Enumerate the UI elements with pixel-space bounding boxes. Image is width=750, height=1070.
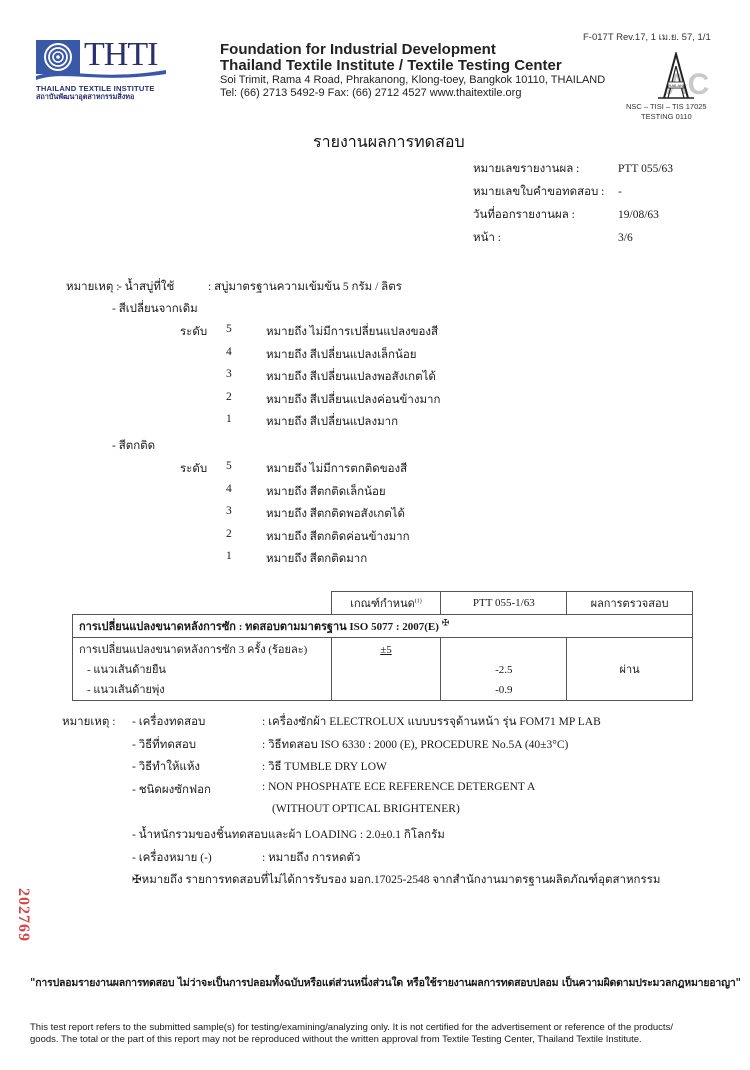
address: Soi Trimit, Rama 4 Road, Phrakanong, Klo…	[220, 74, 605, 86]
table-section-row: การเปลี่ยนแปลงขนาดหลังการซัก : ทดสอบตามม…	[73, 615, 693, 638]
meta-page: หน้า :3/6	[473, 229, 633, 247]
results-table: เกณฑ์กำหนด(1) PTT 055-1/63 ผลการตรวจสอบ …	[72, 591, 693, 701]
table-row: การเปลี่ยนแปลงขนาดหลังการซัก 3 ครั้ง (ร้…	[73, 638, 693, 701]
meta-label: หมายเลขรายงานผล :	[473, 160, 618, 178]
meta-label: หมายเลขใบคำขอทดสอบ :	[473, 183, 618, 201]
staining-title: - สีตกติด	[112, 437, 155, 455]
meta-value: -	[618, 186, 622, 198]
note-item-value: : วิธี TUMBLE DRY LOW	[262, 758, 387, 776]
staining-level-grade: 2	[226, 528, 232, 540]
loading-note: - น้ำหนักรวมของชิ้นทดสอบและผ้า LOADING :…	[132, 826, 445, 844]
organization-name: Foundation for Industrial Development	[220, 41, 496, 58]
forgery-warning: "การปลอมรายงานผลการทดสอบ ไม่ว่าจะเป็นการ…	[30, 974, 741, 991]
meta-value: 3/6	[618, 232, 633, 244]
not-accredited-mark-icon: ✠	[442, 617, 450, 627]
accreditation-code: NSC – TISI – TIS 17025	[626, 102, 707, 111]
note-item-value: : NON PHOSPHATE ECE REFERENCE DETERGENT …	[262, 781, 535, 793]
color-change-level-description: หมายถึง ไม่มีการเปลี่ยนแปลงของสี	[266, 323, 438, 341]
staining-level-description: หมายถึง สีตกติดเล็กน้อย	[266, 483, 386, 501]
staining-level-grade: 4	[226, 483, 232, 495]
logo-wave-icon	[36, 64, 166, 82]
color-change-level-grade: 4	[226, 346, 232, 358]
soap-value: : สบู่มาตรฐานความเข้มข้น 5 กรัม / ลิตร	[208, 278, 402, 296]
accreditation-note: ✠หมายถึง รายการทดสอบที่ไม่ได้การรับรอง ม…	[132, 871, 660, 889]
table-header-row: เกณฑ์กำหนด(1) PTT 055-1/63 ผลการตรวจสอบ	[73, 592, 693, 615]
meta-label: หน้า :	[473, 229, 618, 247]
color-change-level-grade: 5	[226, 323, 232, 335]
color-change-level-grade: 2	[226, 391, 232, 403]
staining-level-description: หมายถึง สีตกติดมาก	[266, 550, 367, 568]
contact-info: Tel: (66) 2713 5492-9 Fax: (66) 2712 452…	[220, 87, 521, 99]
staining-level-grade: 5	[226, 460, 232, 472]
thti-logo: THTI THAILAND TEXTILE INSTITUTE สถาบันพั…	[36, 40, 166, 98]
accreditation-testing-no: TESTING 0110	[641, 112, 692, 121]
header-result: ผลการตรวจสอบ	[567, 592, 693, 615]
tisi-accreditation-logo-icon: AC THAILAND	[640, 52, 712, 100]
staining-level-description: หมายถึง สีตกติดค่อนข้างมาก	[266, 528, 410, 546]
color-change-level-description: หมายถึง สีเปลี่ยนแปลงค่อนข้างมาก	[266, 391, 440, 409]
disclaimer-line-2: goods. The total or the part of this rep…	[30, 1034, 642, 1045]
meta-issue-date: วันที่ออกรายงานผล :19/08/63	[473, 206, 659, 224]
color-change-title: - สีเปลี่ยนจากเดิม	[112, 300, 198, 318]
meta-request-number: หมายเลขใบคำขอทดสอบ :-	[473, 183, 622, 201]
note-item-label: - เครื่องทดสอบ	[132, 713, 205, 731]
symbol-value: : หมายถึง การหดตัว	[262, 849, 360, 867]
note-item-label: - วิธีทำให้แห้ง	[132, 758, 200, 776]
meta-report-number: หมายเลขรายงานผล :PTT 055/63	[473, 160, 673, 178]
staining-level-description: หมายถึง สีตกติดพอสังเกตได้	[266, 505, 405, 523]
header-sample: PTT 055-1/63	[441, 592, 567, 615]
institute-name: Thailand Textile Institute / Textile Tes…	[220, 57, 562, 74]
meta-label: วันที่ออกรายงานผล :	[473, 206, 618, 224]
color-change-level-grade: 3	[226, 368, 232, 380]
staining-level-label: ระดับ	[180, 460, 207, 478]
section-title: การเปลี่ยนแปลงขนาดหลังการซัก : ทดสอบตามม…	[79, 621, 439, 633]
color-change-level-description: หมายถึง สีเปลี่ยนแปลงเล็กน้อย	[266, 346, 417, 364]
color-change-level-label: ระดับ	[180, 323, 207, 341]
document-title: รายงานผลการทดสอบ	[313, 130, 465, 155]
note-item-label: - ชนิดผงซักฟอก	[132, 781, 211, 799]
symbol-label: - เครื่องหมาย (-)	[132, 849, 212, 867]
header-criteria: เกณฑ์กำหนด(1)	[331, 592, 441, 615]
svg-text:THAILAND: THAILAND	[666, 83, 686, 88]
color-change-level-grade: 1	[226, 413, 232, 425]
color-change-level-description: หมายถึง สีเปลี่ยนแปลงมาก	[266, 413, 398, 431]
logo-thai-name: สถาบันพัฒนาอุตสาหกรรมสิ่งทอ	[36, 92, 134, 103]
note-item-value: : เครื่องซักผ้า ELECTROLUX แบบบรรจุด้านห…	[262, 713, 601, 731]
bottom-notes-prefix: หมายเหตุ :	[62, 713, 115, 731]
serial-stamp: 202769	[14, 888, 32, 942]
disclaimer-line-1: This test report refers to the submitted…	[30, 1022, 673, 1033]
note-item-value: : วิธีทดสอบ ISO 6330 : 2000 (E), PROCEDU…	[262, 736, 568, 754]
staining-level-grade: 3	[226, 505, 232, 517]
note-item-label: - วิธีที่ทดสอบ	[132, 736, 196, 754]
staining-level-grade: 1	[226, 550, 232, 562]
form-code: F-017T Rev.17, 1 เม.ย. 57, 1/1	[583, 30, 711, 45]
meta-value: 19/08/63	[618, 209, 659, 221]
color-change-level-description: หมายถึง สีเปลี่ยนแปลงพอสังเกตได้	[266, 368, 436, 386]
staining-level-description: หมายถึง ไม่มีการตกติดของสี	[266, 460, 407, 478]
detergent-continuation: (WITHOUT OPTICAL BRIGHTENER)	[272, 803, 460, 815]
meta-value: PTT 055/63	[618, 163, 673, 175]
notes-prefix: หมายเหตุ :	[66, 278, 119, 296]
soap-label: - น้ำสบู่ที่ใช้	[118, 278, 174, 296]
